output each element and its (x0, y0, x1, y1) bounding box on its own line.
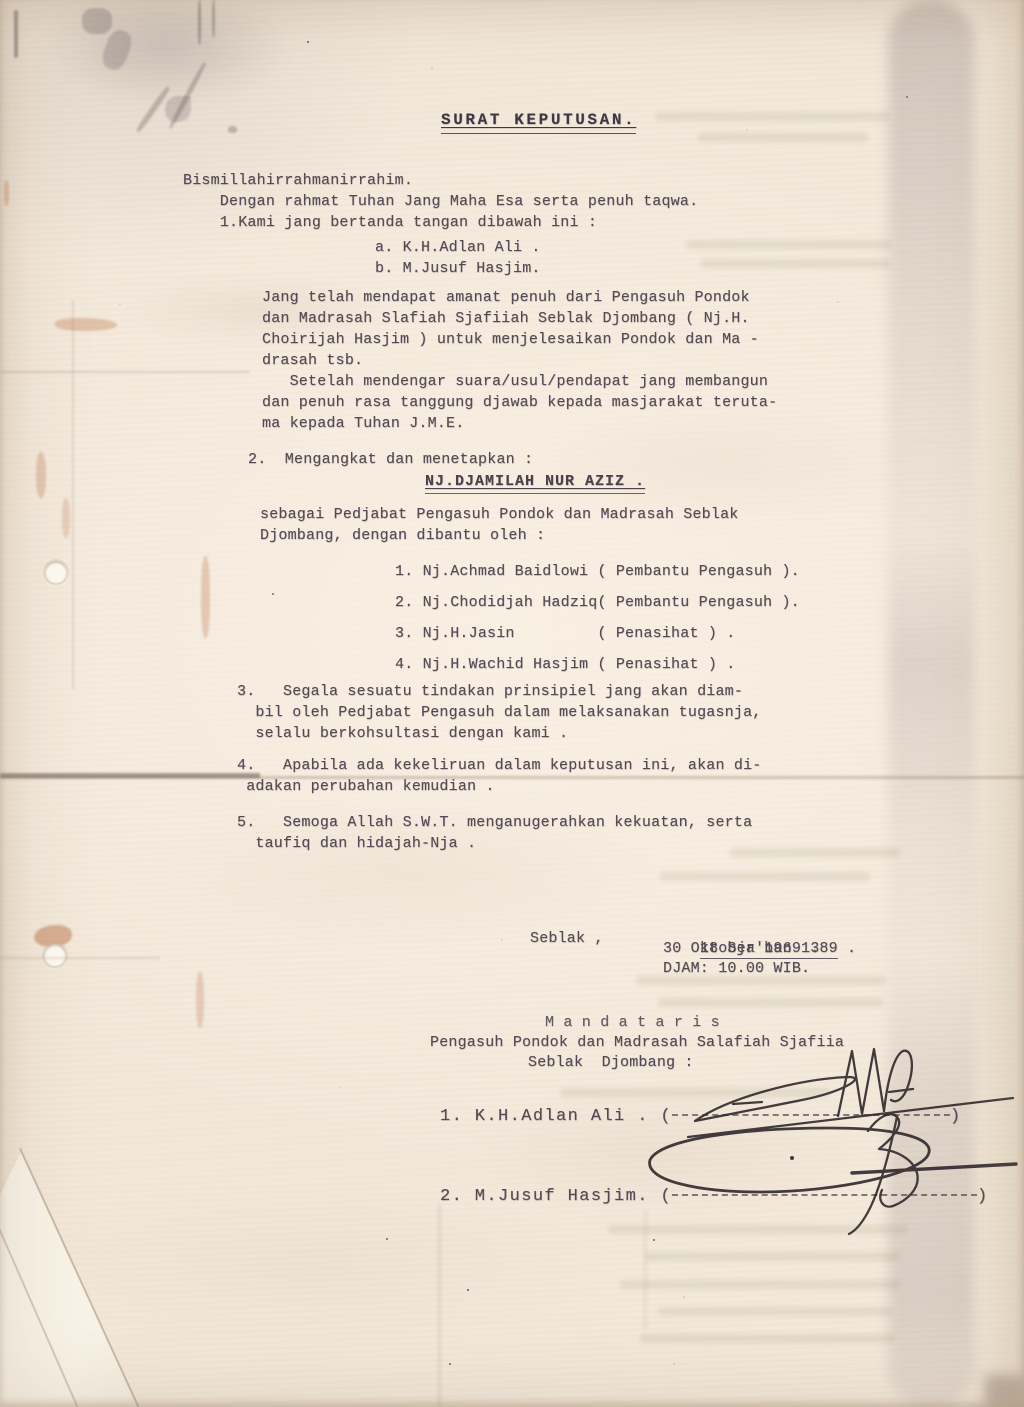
rust-stain (201, 556, 210, 638)
rust-stain (34, 925, 72, 947)
ink-smudge (135, 85, 171, 133)
signer-2-label: 2. M.Jusuf Hasjim. ( (440, 1187, 672, 1206)
bleedthrough-mark (645, 1252, 900, 1261)
organization-line-2: Seblak Djombang : (528, 1052, 694, 1073)
paper-specks (0, 0, 4, 4)
bleedthrough-mark (658, 998, 883, 1007)
rust-stain (62, 498, 70, 538)
staple-mark (14, 10, 18, 58)
ink-smudge (228, 126, 237, 133)
signature-line-1 (672, 1112, 950, 1116)
document-page: SURAT KEPUTUSAN. Bismillahirrahmanirrahi… (0, 0, 1024, 1407)
crease-line-vertical (438, 1205, 441, 1407)
bleedthrough-mark (686, 240, 891, 249)
fold-corner (0, 1140, 170, 1407)
fold-edge-line (20, 1148, 140, 1407)
corner-shadow-bottom-right (985, 1375, 1024, 1407)
mandataris-heading: M a n d a t a r i s (545, 1012, 720, 1033)
date-gregorian-line: 30 Oktober 1969 . (663, 938, 819, 959)
signer-1-label: 1. K.H.Adlan Ali . ( (440, 1107, 672, 1126)
bleedthrough-mark (608, 1225, 908, 1234)
bleedthrough-mark (655, 112, 890, 121)
rust-stain (55, 318, 117, 331)
clause-5-text: 5. Semoga Allah S.W.T. menganugerahkan k… (237, 812, 752, 854)
crease-line (0, 371, 250, 373)
bleedthrough-mark (730, 848, 900, 857)
rust-stain (4, 180, 9, 206)
clause-3-text: 3. Segala sesuatu tindakan prinsipiel ja… (237, 681, 761, 744)
ink-smudge (168, 61, 208, 130)
punch-hole-top (45, 561, 67, 583)
ink-smudge (198, 0, 201, 45)
organization-line-1: Pengasuh Pondok dan Madrasah Salafiah Sj… (430, 1032, 844, 1053)
signature-jusuf-hasjim (650, 1128, 930, 1192)
fold-edge-line (0, 1228, 79, 1407)
paren-close-2: ) (977, 1187, 989, 1206)
crease-line (0, 773, 260, 778)
bleedthrough-mark (698, 133, 868, 142)
crease-line-vertical (644, 1210, 647, 1330)
rust-stain (196, 972, 204, 1028)
time-line: DJAM: 10.00 WIB. (663, 958, 810, 979)
signature-line-2 (672, 1192, 977, 1196)
ink-smudge (99, 27, 135, 73)
rust-stain (36, 452, 46, 498)
document-title: SURAT KEPUTUSAN. (441, 110, 636, 134)
ink-smudge (165, 96, 191, 122)
helpers-list: 1. Nj.Achmad Baidlowi ( Pembantu Pengasu… (395, 556, 800, 680)
bleedthrough-mark (658, 1307, 893, 1316)
bleedthrough-mark (660, 872, 870, 881)
preamble-text: Bismillahirrahmanirrahim. Dengan rahmat … (183, 170, 698, 233)
mandate-paragraph: Jang telah mendapat amanat penuh dari Pe… (262, 287, 777, 434)
clause-4-text: 4. Apabila ada kekeliruan dalam keputusa… (237, 755, 761, 797)
crease-line-vertical (72, 300, 74, 690)
crease-line (0, 957, 160, 959)
ink-smudge (82, 8, 112, 34)
appointment-text: sebagai Pedjabat Pengasuh Pondok dan Mad… (260, 504, 738, 546)
bleedthrough-mark (700, 259, 890, 268)
signer-1-line: 1. K.H.Adlan Ali . () (440, 1106, 962, 1128)
ink-smudge (212, 0, 215, 38)
bleedthrough-mark (640, 1334, 895, 1343)
signer-2-line: 2. M.Jusuf Hasjim. () (440, 1186, 989, 1208)
appointee-name: NJ.DJAMILAH NUR AZIZ . (425, 471, 645, 494)
clause-2-heading: 2. Mengangkat dan menetapkan : (248, 449, 533, 470)
signatories-list: a. K.H.Adlan Ali . b. M.Jusuf Hasjim. (375, 237, 541, 279)
bleedthrough-mark (560, 1088, 830, 1097)
corner-wash (40, 0, 300, 150)
punch-hole-bottom (44, 944, 66, 966)
place-line: Seblak , (530, 928, 604, 949)
date-hijri-suffix: . (838, 940, 856, 957)
bleedthrough-mark (620, 1280, 900, 1289)
paren-close-1: ) (950, 1107, 962, 1126)
